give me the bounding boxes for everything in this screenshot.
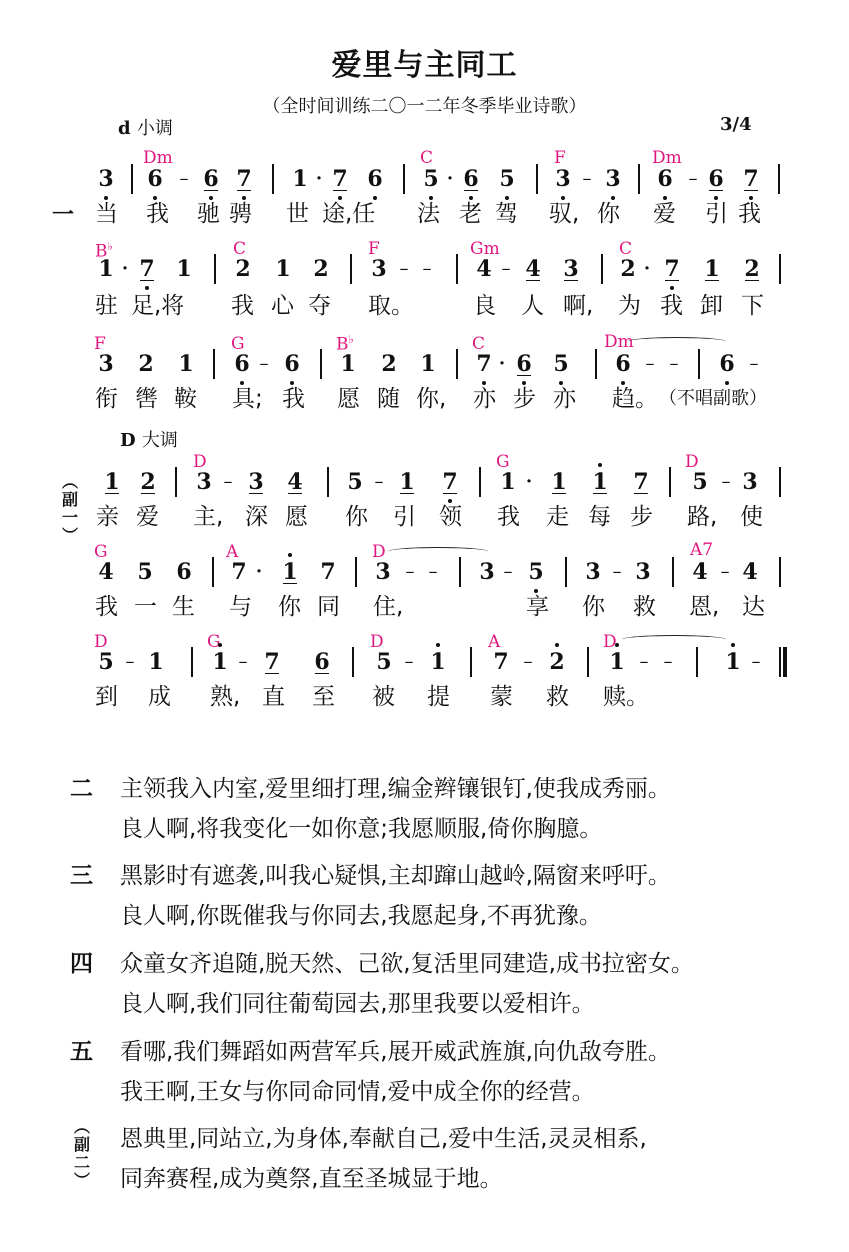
dash: – (258, 351, 270, 377)
barline (320, 349, 322, 379)
chorus-label: ︵副二︶ (72, 1118, 92, 1190)
note: 1 (590, 469, 610, 495)
note: 4 (285, 469, 305, 495)
lyric: 步 (513, 385, 536, 413)
note: 1 (723, 649, 743, 675)
lyric: 直 (262, 683, 285, 711)
note: 2 (379, 351, 399, 377)
note: 1 (428, 649, 448, 675)
lyric: 驰 (197, 200, 220, 228)
barline (669, 467, 671, 497)
note: 1 (280, 559, 300, 585)
barline (479, 467, 481, 497)
note: 3 (583, 559, 603, 585)
augmentation-dot: · (642, 256, 652, 282)
note: 6 (282, 351, 302, 377)
tie (628, 337, 726, 346)
lyric: 骋 (229, 200, 252, 228)
barline (327, 467, 329, 497)
lyric: 与 (229, 593, 252, 621)
lyric: 亦 (473, 385, 496, 413)
note: 7 (474, 351, 494, 377)
score-row-1: Dm C F Dm 3 6 – 6 7 1 · 7 6 5 · 6 5 3 – … (0, 140, 849, 240)
note: 3 (373, 559, 393, 585)
verse-line: 良人啊,我们同往葡萄园去,那里我要以爱相许。 (120, 985, 595, 1018)
note: 5 (135, 559, 155, 585)
dash: – (662, 649, 674, 675)
note: 3 (96, 166, 116, 192)
note: 2 (547, 649, 567, 675)
lyric: 下 (741, 292, 764, 320)
verse-number: 二 (70, 770, 93, 803)
note: 7 (262, 649, 282, 675)
barline (595, 349, 597, 379)
barline (778, 164, 780, 194)
lyric: 衔 (95, 385, 118, 413)
lyric: 使 (740, 503, 763, 531)
note: 2 (311, 256, 331, 282)
lyric: 足,将 (131, 292, 184, 320)
note: 3 (194, 469, 214, 495)
augmentation-dot: · (497, 351, 507, 377)
barline (403, 164, 405, 194)
note: 7 (234, 166, 254, 192)
note: 4 (474, 256, 494, 282)
note: 4 (690, 559, 710, 585)
barline (459, 557, 461, 587)
score-row-4: D G D 1 2 3 – 3 4 5 – 1 7 1 · 1 1 7 5 – … (0, 445, 849, 545)
note: 1 (290, 166, 310, 192)
note: 4 (740, 559, 760, 585)
note: 3 (561, 256, 581, 282)
lyric: 途,任 (322, 200, 375, 228)
lyric: 你 (345, 503, 368, 531)
lyric: 心 (271, 292, 294, 320)
note: 7 (229, 559, 249, 585)
note: 7 (330, 166, 350, 192)
lyric: 到 (95, 683, 118, 711)
note: 6 (717, 351, 737, 377)
barline (587, 647, 589, 677)
dash: – (222, 469, 234, 495)
lyric: 我 (282, 385, 305, 413)
verse-line: 恩典里,同站立,为身体,奉献自己,爱中生活,灵灵相系, (120, 1120, 647, 1153)
barline (565, 557, 567, 587)
lyric: 我 (738, 200, 761, 228)
note: 5 (551, 351, 571, 377)
lyric: 一 (134, 593, 157, 621)
lyric: 鞍 (174, 385, 197, 413)
lyric: 达 (742, 593, 765, 621)
lyric: 至 (312, 683, 335, 711)
note: 1 (338, 351, 358, 377)
note: 2 (742, 256, 762, 282)
lyric: 引 (393, 503, 416, 531)
barline (191, 647, 193, 677)
note: 2 (136, 351, 156, 377)
barline (214, 254, 216, 284)
lyric: 辔 (135, 385, 158, 413)
lyric: 为 (618, 292, 641, 320)
note: 6 (365, 166, 385, 192)
lyric: 恩, (689, 593, 719, 621)
lyric: 良 (473, 292, 496, 320)
lyric: 你 (597, 200, 620, 228)
lyric: 驭, (549, 200, 579, 228)
note: 6 (461, 166, 481, 192)
note: 1 (176, 351, 196, 377)
score-row-5: G A D A7 4 5 6 7 · 1 7 3 – – 3 – 5 3 – 3… (0, 535, 849, 635)
skip-chorus-note: （不唱副歌） (659, 385, 767, 413)
lyric: 主, (193, 503, 223, 531)
lyric: 爱 (653, 200, 676, 228)
lyric: 随 (377, 385, 400, 413)
note: 6 (201, 166, 221, 192)
verse-number: 五 (70, 1033, 93, 1066)
barline (350, 254, 352, 284)
verse-number: 四 (70, 945, 93, 978)
lyric: 驾 (495, 200, 518, 228)
dash: – (404, 559, 416, 585)
note: 3 (96, 351, 116, 377)
barline (212, 557, 214, 587)
note: 1 (702, 256, 722, 282)
barline (696, 647, 698, 677)
final-barline (779, 647, 787, 677)
lyric: 亦 (553, 385, 576, 413)
note: 1 (549, 469, 569, 495)
barline (352, 647, 354, 677)
lyric: 人 (521, 292, 544, 320)
lyric: 领 (439, 503, 462, 531)
lyric: 同 (317, 593, 340, 621)
lyric: 愿 (285, 503, 308, 531)
barline (272, 164, 274, 194)
chord: A7 (690, 541, 713, 559)
verse-line: 黑影时有遮袭,叫我心疑惧,主却蹿山越岭,隔窗来呼吁。 (120, 857, 671, 890)
lyric: 你, (416, 385, 446, 413)
note: 3 (633, 559, 653, 585)
lyric: 提 (427, 683, 450, 711)
barline (355, 557, 357, 587)
note: 1 (397, 469, 417, 495)
dash: – (750, 649, 762, 675)
dash: – (668, 351, 680, 377)
augmentation-dot: · (120, 256, 130, 282)
barline (779, 254, 781, 284)
note: 4 (96, 559, 116, 585)
note: 1 (498, 469, 518, 495)
barline (131, 164, 133, 194)
note: 7 (137, 256, 157, 282)
note: 6 (514, 351, 534, 377)
dash: – (638, 649, 650, 675)
note: 1 (96, 256, 116, 282)
verse-line: 主领我入内室,爱里细打理,编金辫镶银钉,使我成秀丽。 (120, 770, 671, 803)
lyric: 夺 (308, 292, 331, 320)
dash: – (611, 559, 623, 585)
lyric: 享 (526, 593, 549, 621)
lyric: 步 (630, 503, 653, 531)
tie (622, 635, 726, 644)
note: 5 (526, 559, 546, 585)
barline (672, 557, 674, 587)
barline (213, 349, 215, 379)
note: 5 (345, 469, 365, 495)
note: 1 (273, 256, 293, 282)
note: 4 (523, 256, 543, 282)
note: 3 (603, 166, 623, 192)
lyric: 我 (95, 593, 118, 621)
dash: – (500, 256, 512, 282)
augmentation-dot: · (524, 469, 534, 495)
dash: – (644, 351, 656, 377)
lyric: 老 (459, 200, 482, 228)
lyric: 走 (546, 503, 569, 531)
note: 6 (655, 166, 675, 192)
verse-line: 良人啊,你既催我与你同去,我愿起身,不再犹豫。 (120, 897, 602, 930)
dash: – (502, 559, 514, 585)
lyric: 蒙 (490, 683, 513, 711)
dash: – (398, 256, 410, 282)
lyric: 我 (146, 200, 169, 228)
lyric: 当 (95, 200, 118, 228)
note: 5 (497, 166, 517, 192)
note: 6 (232, 351, 252, 377)
barline (456, 349, 458, 379)
lyric: 具; (232, 385, 263, 413)
note: 1 (174, 256, 194, 282)
verse-line: 良人啊,将我变化一如你意;我愿顺服,倚你胸臆。 (120, 810, 602, 843)
lyric: 爱 (136, 503, 159, 531)
barline (638, 164, 640, 194)
verse-line: 众童女齐追随,脱天然、己欲,复活里同建造,成书拉密女。 (120, 945, 694, 978)
note: 3 (246, 469, 266, 495)
note: 7 (440, 469, 460, 495)
chord: F (554, 149, 566, 167)
score-row-3: F G B♭ C Dm 3 2 1 6 – 6 1 2 1 7 · 6 5 6 … (0, 327, 849, 427)
verse-line: 同奔赛程,成为奠祭,直至圣城显于地。 (120, 1160, 503, 1193)
note: 5 (421, 166, 441, 192)
score-row-6: D G D A D 5 – 1 1 – 7 6 5 – 1 7 – 2 1 – … (0, 625, 849, 725)
chord: Dm (143, 149, 173, 167)
dash: – (421, 256, 433, 282)
dash: – (373, 469, 385, 495)
lyric: 每 (588, 503, 611, 531)
note: 3 (369, 256, 389, 282)
augmentation-dot: · (445, 166, 455, 192)
note: 2 (618, 256, 638, 282)
dash: – (124, 649, 136, 675)
lyric: 引 (705, 200, 728, 228)
barline (779, 467, 781, 497)
lyric: 啊, (563, 292, 593, 320)
note: 6 (312, 649, 332, 675)
lyric: 赎。 (603, 683, 649, 711)
note: 6 (174, 559, 194, 585)
time-signature: 3/4 (720, 114, 752, 135)
note: 7 (662, 256, 682, 282)
note: 6 (706, 166, 726, 192)
tie (388, 547, 488, 556)
lyric: 世 (286, 200, 309, 228)
dash: – (522, 649, 534, 675)
verse-line: 看哪,我们舞蹈如两营军兵,展开威武旌旗,向仇敌夸胜。 (120, 1033, 671, 1066)
lyric: 救 (633, 593, 656, 621)
note: 2 (233, 256, 253, 282)
lyric: 趋。 (612, 385, 658, 413)
lyric: 被 (372, 683, 395, 711)
lyric: 愿 (337, 385, 360, 413)
dash: – (178, 166, 190, 192)
lyric: 我 (497, 503, 520, 531)
dash: – (427, 559, 439, 585)
note: 1 (418, 351, 438, 377)
note: 5 (96, 649, 116, 675)
lyric: 路, (687, 503, 717, 531)
dash: – (581, 166, 593, 192)
verse-number: 三 (70, 857, 93, 890)
lyric: 成 (148, 683, 171, 711)
barline (779, 557, 781, 587)
lyric: 生 (172, 593, 195, 621)
note: 5 (374, 649, 394, 675)
dash: – (403, 649, 415, 675)
note: 6 (145, 166, 165, 192)
note: 7 (491, 649, 511, 675)
lyric: 住, (373, 593, 403, 621)
barline (536, 164, 538, 194)
barline (698, 349, 700, 379)
dash: – (719, 559, 731, 585)
note: 5 (690, 469, 710, 495)
barline (175, 467, 177, 497)
augmentation-dot: · (254, 559, 264, 585)
dash: – (748, 351, 760, 377)
chord: Dm (652, 149, 682, 167)
barline (470, 647, 472, 677)
barline (456, 254, 458, 284)
note: 1 (607, 649, 627, 675)
lyric: 深 (245, 503, 268, 531)
note: 3 (477, 559, 497, 585)
lyric: 我 (231, 292, 254, 320)
dash: – (687, 166, 699, 192)
key-signature-minor: d 小调 (118, 114, 173, 140)
note: 1 (210, 649, 230, 675)
chord: C (420, 149, 433, 167)
lyric: 取。 (368, 292, 414, 320)
lyric: 我 (660, 292, 683, 320)
verse-line: 我王啊,王女与你同命同情,爱中成全你的经营。 (120, 1073, 595, 1106)
lyric: 你 (582, 593, 605, 621)
score-row-2: B♭ C F Gm C 1 · 7 1 2 1 2 3 – – 4 – 4 3 … (0, 232, 849, 332)
note: 2 (138, 469, 158, 495)
note: 7 (631, 469, 651, 495)
note: 1 (146, 649, 166, 675)
note: 3 (553, 166, 573, 192)
lyric: 你 (278, 593, 301, 621)
note: 7 (741, 166, 761, 192)
dash: – (237, 649, 249, 675)
barline (601, 254, 603, 284)
lyric: 驻 (95, 292, 118, 320)
verse-label: 一 (52, 198, 74, 229)
dash: – (720, 469, 732, 495)
lyric: 救 (546, 683, 569, 711)
lyric: 法 (417, 200, 440, 228)
lyric: 卸 (700, 292, 723, 320)
note: 7 (318, 559, 338, 585)
note: 3 (740, 469, 760, 495)
augmentation-dot: · (314, 166, 324, 192)
lyric: 熟, (210, 683, 240, 711)
lyric: 亲 (96, 503, 119, 531)
note: 6 (613, 351, 633, 377)
song-title: 爱里与主同工 (0, 40, 849, 84)
note: 1 (102, 469, 122, 495)
